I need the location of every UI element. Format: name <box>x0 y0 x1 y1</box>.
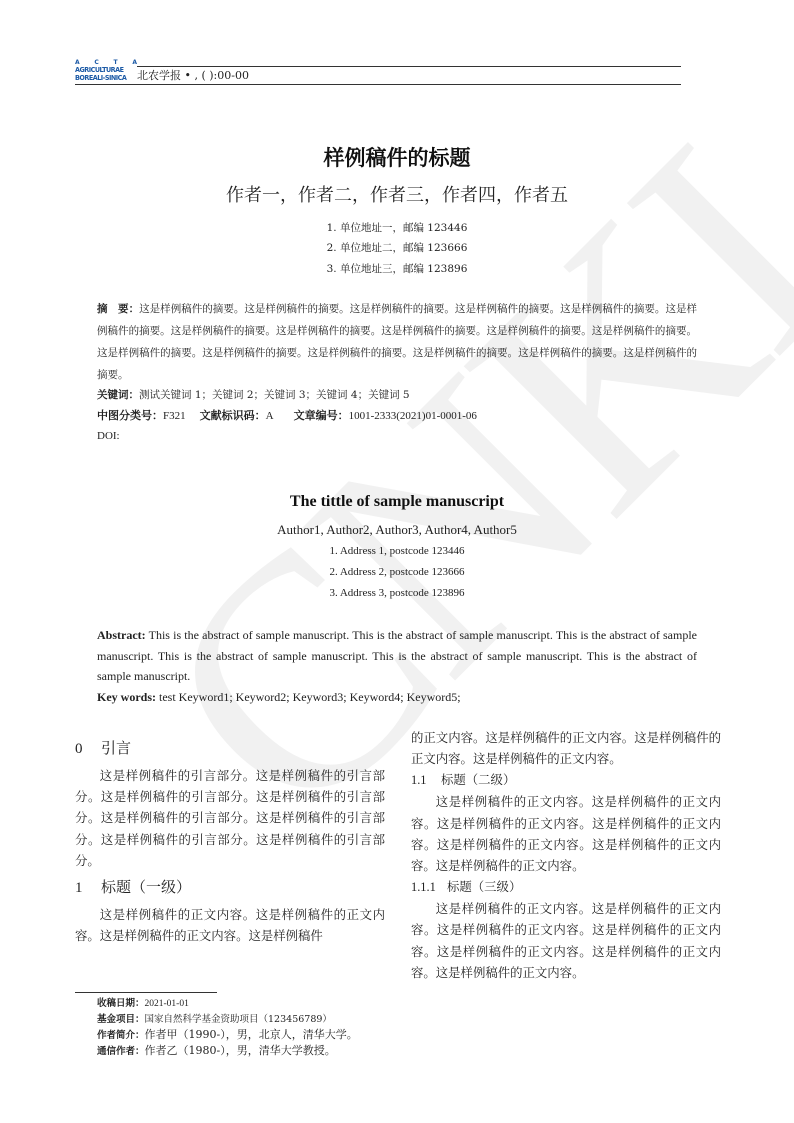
section-title: 标题（三级） <box>447 879 521 894</box>
article-no-label: 文章编号： <box>294 409 349 422</box>
article-no-value: 1001-2333(2021)01-0001-06 <box>349 410 477 422</box>
logo-line-agriculturae: AGRICULTURAE <box>75 66 132 74</box>
section-heading-1-1-1: 1.1.1标题（三级） <box>411 876 721 898</box>
address-cn-3: 3. 单位地址三，邮编 123896 <box>0 262 794 276</box>
section-title: 标题（一级） <box>101 878 191 896</box>
footnote-fund: 基金项目：国家自然科学基金资助项目（123456789） <box>97 1012 358 1027</box>
page: A C T A AGRICULTURAE BOREALI-SINICA 北农学报… <box>0 0 794 1123</box>
section-heading-0: 0引言 <box>75 737 385 760</box>
keywords-cn-label: 关键词： <box>97 389 139 401</box>
section-heading-1-1: 1.1标题（二级） <box>411 769 721 791</box>
paragraph-introduction: 这是样例稿件的引言部分。这是样例稿件的引言部分。这是样例稿件的引言部分。这是样例… <box>75 765 385 871</box>
clc-label: 中图分类号： <box>97 409 163 422</box>
doi-line: DOI: <box>97 425 697 447</box>
keywords-en-text: test Keyword1; Keyword2; Keyword3; Keywo… <box>156 690 461 704</box>
authors-en: Author1, Author2, Author3, Author4, Auth… <box>0 521 794 539</box>
logo-line-boreali-sinica: BOREALI-SINICA <box>75 74 132 82</box>
abstract-cn-label: 摘 要： <box>97 303 139 315</box>
title-en: The tittle of sample manuscript <box>0 492 794 512</box>
journal-logo: A C T A AGRICULTURAE BOREALI-SINICA <box>75 59 137 84</box>
footnote-rule <box>75 992 217 993</box>
body-column-left: 0引言 这是样例稿件的引言部分。这是样例稿件的引言部分。这是样例稿件的引言部分。… <box>75 737 385 946</box>
classification-line: 中图分类号：F321文献标识码：A文章编号：1001-2333(2021)01-… <box>97 405 697 427</box>
clc-value: F321 <box>163 410 186 422</box>
header-rule-top <box>137 66 681 67</box>
address-en-2: 2. Address 2, postcode 123666 <box>0 565 794 579</box>
paragraph-section-1-1-1: 这是样例稿件的正文内容。这是样例稿件的正文内容。这是样例稿件的正文内容。这是样例… <box>411 898 721 983</box>
address-cn-2: 2. 单位地址二，邮编 123666 <box>0 241 794 255</box>
running-head: 北农学报 • , ( ):00-00 <box>137 68 249 83</box>
section-title: 标题（二级） <box>441 772 515 787</box>
keywords-cn: 关键词：测试关键词 1；关键词 2；关键词 3；关键词 4；关键词 5 <box>97 384 697 406</box>
abstract-cn-text: 这是样例稿件的摘要。这是样例稿件的摘要。这是样例稿件的摘要。这是样例稿件的摘要。… <box>97 303 697 381</box>
footnote-author-bio: 作者简介：作者甲（1990-），男，北京人，清华大学。 <box>97 1027 358 1043</box>
section-number: 1.1 <box>411 770 441 791</box>
section-heading-1: 1标题（一级） <box>75 876 385 899</box>
doi-label: DOI: <box>97 430 120 442</box>
paragraph-section-1: 这是样例稿件的正文内容。这是样例稿件的正文内容。这是样例稿件的正文内容。这是样例… <box>75 904 385 946</box>
paragraph-section-1-continued: 的正文内容。这是样例稿件的正文内容。这是样例稿件的正文内容。这是样例稿件的正文内… <box>411 727 721 769</box>
body-column-right: 的正文内容。这是样例稿件的正文内容。这是样例稿件的正文内容。这是样例稿件的正文内… <box>411 727 721 983</box>
paragraph-section-1-1: 这是样例稿件的正文内容。这是样例稿件的正文内容。这是样例稿件的正文内容。这是样例… <box>411 791 721 876</box>
abstract-cn: 摘 要：这是样例稿件的摘要。这是样例稿件的摘要。这是样例稿件的摘要。这是样例稿件… <box>97 298 697 386</box>
title-cn: 样例稿件的标题 <box>0 145 794 171</box>
section-number: 1.1.1 <box>411 877 447 898</box>
section-number: 1 <box>75 877 101 899</box>
address-en-3: 3. Address 3, postcode 123896 <box>0 586 794 600</box>
header-rule-bottom <box>75 84 681 85</box>
address-en-1: 1. Address 1, postcode 123446 <box>0 544 794 558</box>
section-number: 0 <box>75 738 101 760</box>
section-title: 引言 <box>101 739 131 757</box>
address-cn-1: 1. 单位地址一，邮编 123446 <box>0 221 794 235</box>
keywords-en-label: Key words: <box>97 690 156 704</box>
doc-code-label: 文献标识码： <box>200 409 266 422</box>
abstract-en-text: This is the abstract of sample manuscrip… <box>97 628 697 683</box>
footnotes: 收稿日期：2021-01-01 基金项目：国家自然科学基金资助项目（123456… <box>97 996 358 1059</box>
abstract-en-label: Abstract: <box>97 628 146 642</box>
logo-acta: A C T A <box>75 59 137 66</box>
keywords-en: Key words: test Keyword1; Keyword2; Keyw… <box>97 687 697 707</box>
footnote-corresponding-author: 通信作者：作者乙（1980-），男，清华大学教授。 <box>97 1043 358 1059</box>
authors-cn: 作者一，作者二，作者三，作者四，作者五 <box>0 184 794 208</box>
keywords-cn-text: 测试关键词 1；关键词 2；关键词 3；关键词 4；关键词 5 <box>139 389 410 401</box>
abstract-en: Abstract: This is the abstract of sample… <box>97 625 697 687</box>
doc-code-value: A <box>266 410 274 422</box>
footnote-received: 收稿日期：2021-01-01 <box>97 996 358 1012</box>
